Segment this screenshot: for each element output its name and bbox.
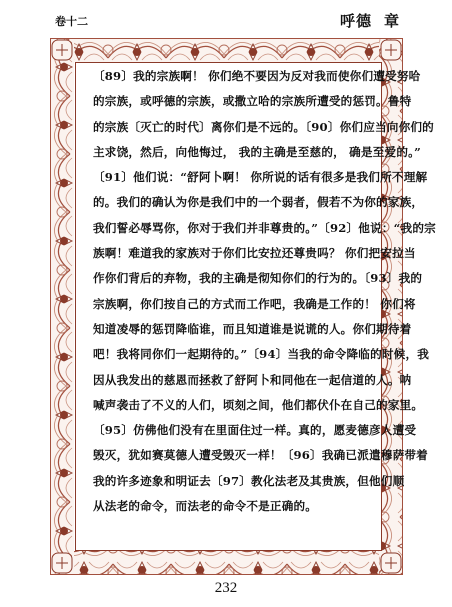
chapter-title-part2: 章: [384, 12, 400, 30]
text-line: 喊声袭击了不义的人们，顷刻之间，他们都伏仆在自己的家里。: [93, 395, 375, 420]
text-line: 宗族啊，你们按自己的方式而工作吧，我确是工作的！ 你们将: [93, 294, 375, 319]
text-line: 的宗族〔灭亡的时代〕离你们是不远的。〔90〕你们应当向你们的: [93, 117, 375, 142]
text-line: 主求饶，然后，向他悔过， 我的主确是至慈的， 确是至爱的。”: [93, 142, 375, 167]
text-line: 我们誓必辱骂你，你对于我们并非尊贵的。”〔92〕他说：“我的宗: [93, 218, 375, 243]
text-line: 的宗族，或呼德的宗族，或撒立哈的宗族所遭受的惩罚。鲁特: [93, 91, 375, 116]
text-line: 作你们背后的弃物，我的主确是彻知你们的行为的。〔93〕我的: [93, 268, 375, 293]
page-number: 232: [0, 580, 452, 597]
text-line: 〔89〕我的宗族啊！ 你们绝不要因为反对我而使你们遭受努哈: [93, 66, 375, 91]
text-line: 从法老的命令，而法老的命令不是正确的。: [93, 496, 375, 521]
text-line: 〔95〕仿佛他们没有在里面住过一样。真的，愿麦德彦人遭受: [93, 420, 375, 445]
text-line: 因从我发出的慈恩而拯救了舒阿卜和同他在一起信道的人。呐: [93, 370, 375, 395]
text-line: 〔91〕他们说：“舒阿卜啊！ 你所说的话有很多是我们所不理解: [93, 167, 375, 192]
text-line: 我的许多迹象和明证去〔97〕教化法老及其贵族，但他们顺: [93, 471, 375, 496]
running-head-chapter: 呼德章: [340, 10, 400, 31]
running-head-volume: 卷十二: [55, 13, 88, 29]
text-line: 知道凌辱的惩罚降临谁，而且知道谁是说谎的人。你们期待着: [93, 319, 375, 344]
text-line: 的。我们的确认为你是我们中的一个弱者，假若不为你的家族，: [93, 192, 375, 217]
text-line: 族啊！难道我的家族对于你们比安拉还尊贵吗？ 你们把安拉当: [93, 243, 375, 268]
chapter-title-part1: 呼德: [340, 12, 372, 30]
body-text: 〔89〕我的宗族啊！ 你们绝不要因为反对我而使你们遭受努哈 的宗族，或呼德的宗族…: [93, 66, 375, 521]
text-line: 毁灭，犹如赛莫德人遭受毁灭一样！〔96〕我确已派遣穆萨带着: [93, 445, 375, 470]
text-line: 吧！我将同你们一起期待的。”〔94〕当我的命令降临的时候，我: [93, 344, 375, 369]
